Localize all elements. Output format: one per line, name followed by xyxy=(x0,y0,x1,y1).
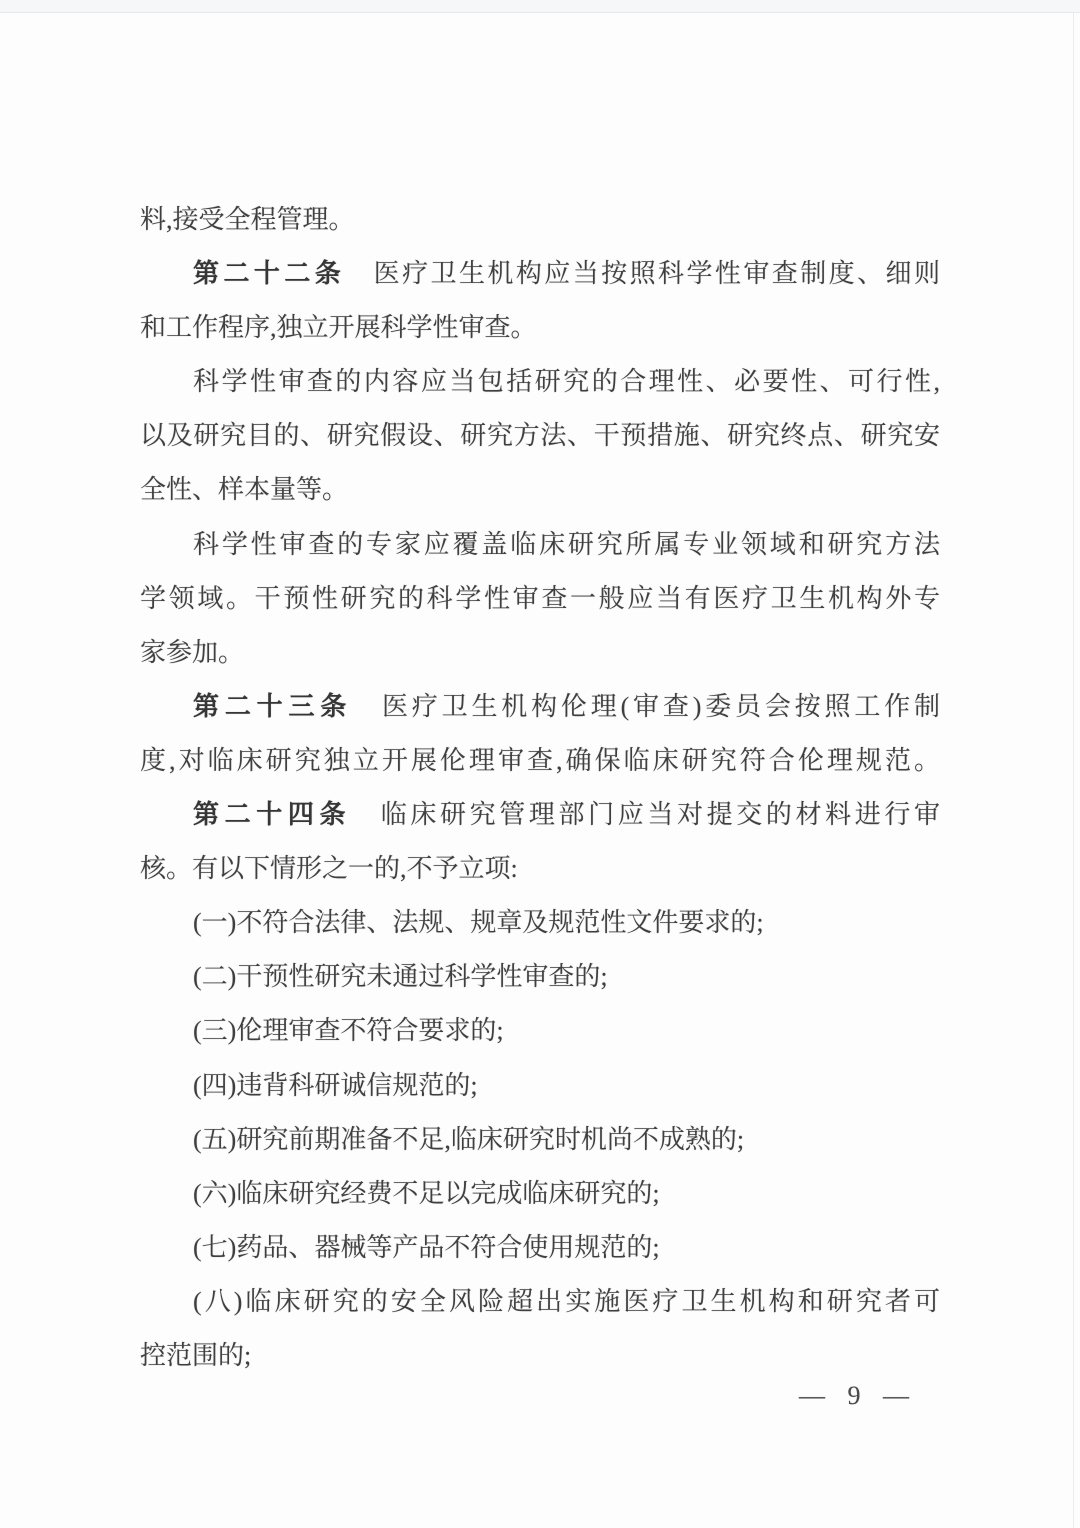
text-line: 核。有以下情形之一的,不予立项: xyxy=(140,842,940,896)
line-text: 全性、样本量等。 xyxy=(140,475,348,504)
line-text: 临床研究管理部门应当对提交的材料进行审 xyxy=(377,800,940,829)
text-line: (七)药品、器械等产品不符合使用规范的; xyxy=(140,1221,940,1275)
line-text: 科学性审查的专家应覆盖临床研究所属专业领域和研究方法 xyxy=(193,530,940,559)
article-number-label: 第二十二条 xyxy=(193,259,345,288)
text-line: 第二十三条医疗卫生机构伦理(审查)委员会按照工作制 xyxy=(140,680,940,734)
line-text: 医疗卫生机构伦理(审查)委员会按照工作制 xyxy=(378,692,940,721)
text-line: (二)干预性研究未通过科学性审查的; xyxy=(140,950,940,1004)
text-line: (一)不符合法律、法规、规章及规范性文件要求的; xyxy=(140,896,940,950)
text-line: 科学性审查的专家应覆盖临床研究所属专业领域和研究方法 xyxy=(140,518,940,572)
page-top-edge xyxy=(0,0,1080,13)
line-text: 科学性审查的内容应当包括研究的合理性、必要性、可行性, xyxy=(193,367,940,396)
text-line: 第二十四条临床研究管理部门应当对提交的材料进行审 xyxy=(140,788,940,842)
document-page: 料,接受全程管理。第二十二条医疗卫生机构应当按照科学性审查制度、细则和工作程序,… xyxy=(0,0,1080,1528)
line-text: (一)不符合法律、法规、规章及规范性文件要求的; xyxy=(193,908,764,937)
line-text: (六)临床研究经费不足以完成临床研究的; xyxy=(193,1179,660,1208)
text-line: (八)临床研究的安全风险超出实施医疗卫生机构和研究者可 xyxy=(140,1275,940,1329)
document-text: 料,接受全程管理。第二十二条医疗卫生机构应当按照科学性审查制度、细则和工作程序,… xyxy=(140,193,940,1383)
line-text: (四)违背科研诚信规范的; xyxy=(193,1071,478,1100)
line-text: 家参加。 xyxy=(140,638,244,667)
article-number-label: 第二十四条 xyxy=(193,800,351,829)
line-text: 以及研究目的、研究假设、研究方法、干预措施、研究终点、研究安 xyxy=(140,421,940,450)
text-line: 科学性审查的内容应当包括研究的合理性、必要性、可行性, xyxy=(140,355,940,409)
page-right-edge xyxy=(1073,12,1074,1528)
line-text: 控范围的; xyxy=(140,1341,251,1370)
lead-gap xyxy=(351,822,377,823)
text-line: 以及研究目的、研究假设、研究方法、干预措施、研究终点、研究安 xyxy=(140,409,940,463)
line-text: 度,对临床研究独立开展伦理审查,确保临床研究符合伦理规范。 xyxy=(140,746,940,775)
line-text: (二)干预性研究未通过科学性审查的; xyxy=(193,962,608,991)
text-line: 料,接受全程管理。 xyxy=(140,193,940,247)
text-line: (五)研究前期准备不足,临床研究时机尚不成熟的; xyxy=(140,1113,940,1167)
line-text: (七)药品、器械等产品不符合使用规范的; xyxy=(193,1233,660,1262)
line-text: 和工作程序,独立开展科学性审查。 xyxy=(140,313,537,342)
text-line: 第二十二条医疗卫生机构应当按照科学性审查制度、细则 xyxy=(140,247,940,301)
text-line: 控范围的; xyxy=(140,1329,940,1383)
line-text: 学领域。干预性研究的科学性审查一般应当有医疗卫生机构外专 xyxy=(140,584,940,613)
line-text: 医疗卫生机构应当按照科学性审查制度、细则 xyxy=(371,259,940,288)
page-number: — 9 — xyxy=(799,1381,912,1411)
line-text: (三)伦理审查不符合要求的; xyxy=(193,1016,504,1045)
lead-gap xyxy=(352,714,378,715)
line-text: (五)研究前期准备不足,临床研究时机尚不成熟的; xyxy=(193,1125,744,1154)
lead-gap xyxy=(345,281,371,282)
line-text: 料,接受全程管理。 xyxy=(140,205,355,234)
text-line: 和工作程序,独立开展科学性审查。 xyxy=(140,301,940,355)
text-line: 全性、样本量等。 xyxy=(140,463,940,517)
text-line: 度,对临床研究独立开展伦理审查,确保临床研究符合伦理规范。 xyxy=(140,734,940,788)
text-line: 学领域。干预性研究的科学性审查一般应当有医疗卫生机构外专 xyxy=(140,572,940,626)
text-line: (三)伦理审查不符合要求的; xyxy=(140,1004,940,1058)
text-line: (四)违背科研诚信规范的; xyxy=(140,1059,940,1113)
line-text: (八)临床研究的安全风险超出实施医疗卫生机构和研究者可 xyxy=(193,1287,940,1316)
text-line: 家参加。 xyxy=(140,626,940,680)
article-number-label: 第二十三条 xyxy=(193,692,352,721)
text-line: (六)临床研究经费不足以完成临床研究的; xyxy=(140,1167,940,1221)
line-text: 核。有以下情形之一的,不予立项: xyxy=(140,854,518,883)
